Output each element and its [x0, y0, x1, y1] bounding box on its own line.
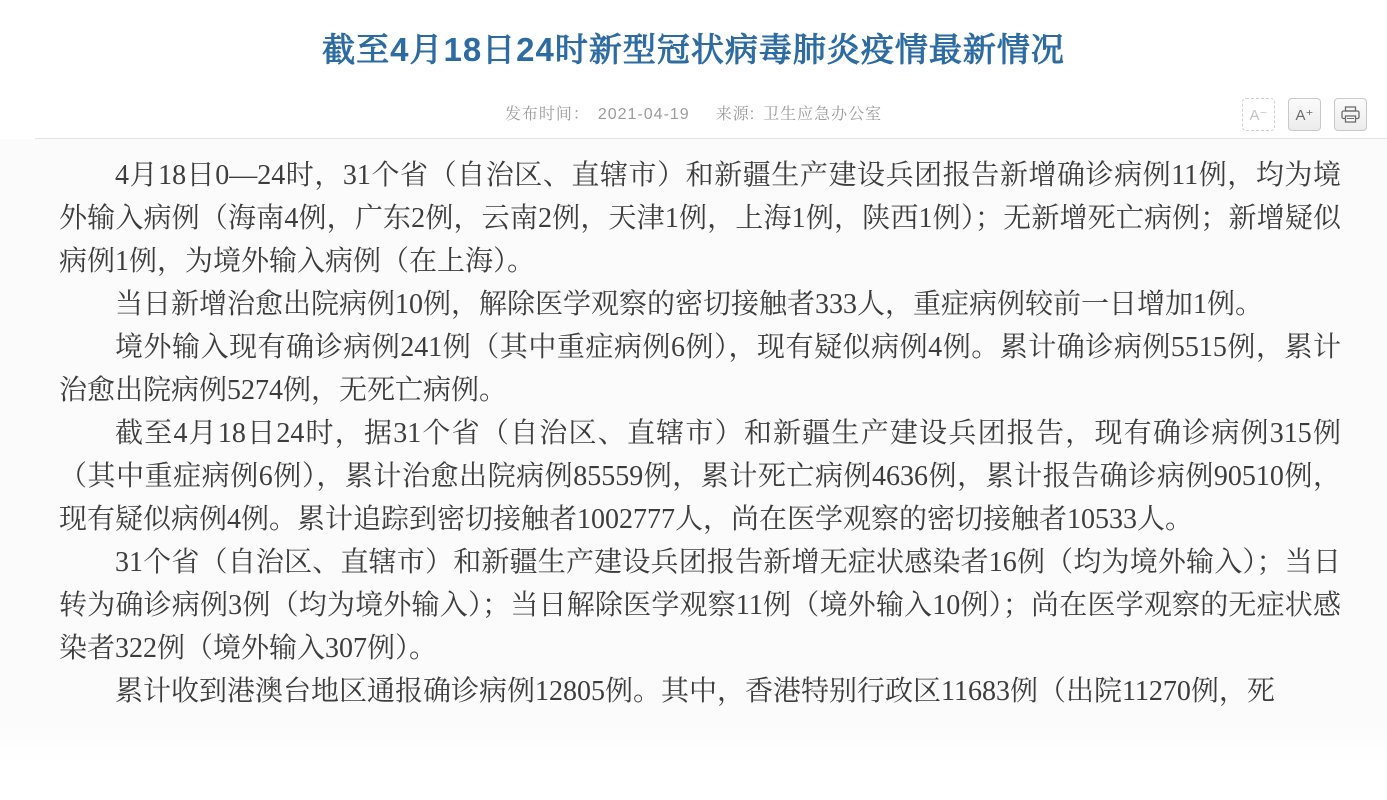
source-label: 来源:: [716, 106, 755, 123]
article-header: 截至4月18日24时新型冠状病毒肺炎疫情最新情况 发布时间：2021-04-19…: [0, 0, 1387, 139]
paragraph-cumulative-totals: 截至4月18日24时，据31个省（自治区、直辖市）和新疆生产建设兵团报告，现有确…: [59, 412, 1341, 541]
page: 截至4月18日24时新型冠状病毒肺炎疫情最新情况 发布时间：2021-04-19…: [0, 0, 1387, 800]
font-print-toolbar: A⁻ A⁺: [1242, 98, 1367, 131]
publish-time-label: 发布时间：: [505, 106, 590, 123]
paragraph-hk-macao-taiwan: 累计收到港澳台地区通报确诊病例12805例。其中，香港特别行政区11683例（出…: [59, 670, 1341, 713]
publish-date: 2021-04-19: [598, 106, 690, 123]
print-button[interactable]: [1334, 98, 1367, 131]
paragraph-daily-new-cases: 4月18日0—24时，31个省（自治区、直辖市）和新疆生产建设兵团报告新增确诊病…: [59, 154, 1341, 283]
page-title: 截至4月18日24时新型冠状病毒肺炎疫情最新情况: [0, 24, 1387, 71]
paragraph-imported-cases: 境外输入现有确诊病例241例（其中重症病例6例），现有疑似病例4例。累计确诊病例…: [59, 326, 1341, 412]
paragraph-daily-recovered: 当日新增治愈出院病例10例，解除医学观察的密切接触者333人，重症病例较前一日增…: [59, 283, 1341, 326]
header-divider: [35, 138, 1387, 139]
printer-icon: [1341, 106, 1360, 123]
article-meta: 发布时间：2021-04-19来源:卫生应急办公室: [0, 101, 1387, 124]
paragraph-asymptomatic-cases: 31个省（自治区、直辖市）和新疆生产建设兵团报告新增无症状感染者16例（均为境外…: [59, 541, 1341, 670]
font-increase-button[interactable]: A⁺: [1288, 98, 1321, 131]
source-value: 卫生应急办公室: [763, 106, 882, 123]
article-body: 4月18日0—24时，31个省（自治区、直辖市）和新疆生产建设兵团报告新增确诊病…: [0, 139, 1387, 794]
font-decrease-button[interactable]: A⁻: [1242, 98, 1275, 131]
